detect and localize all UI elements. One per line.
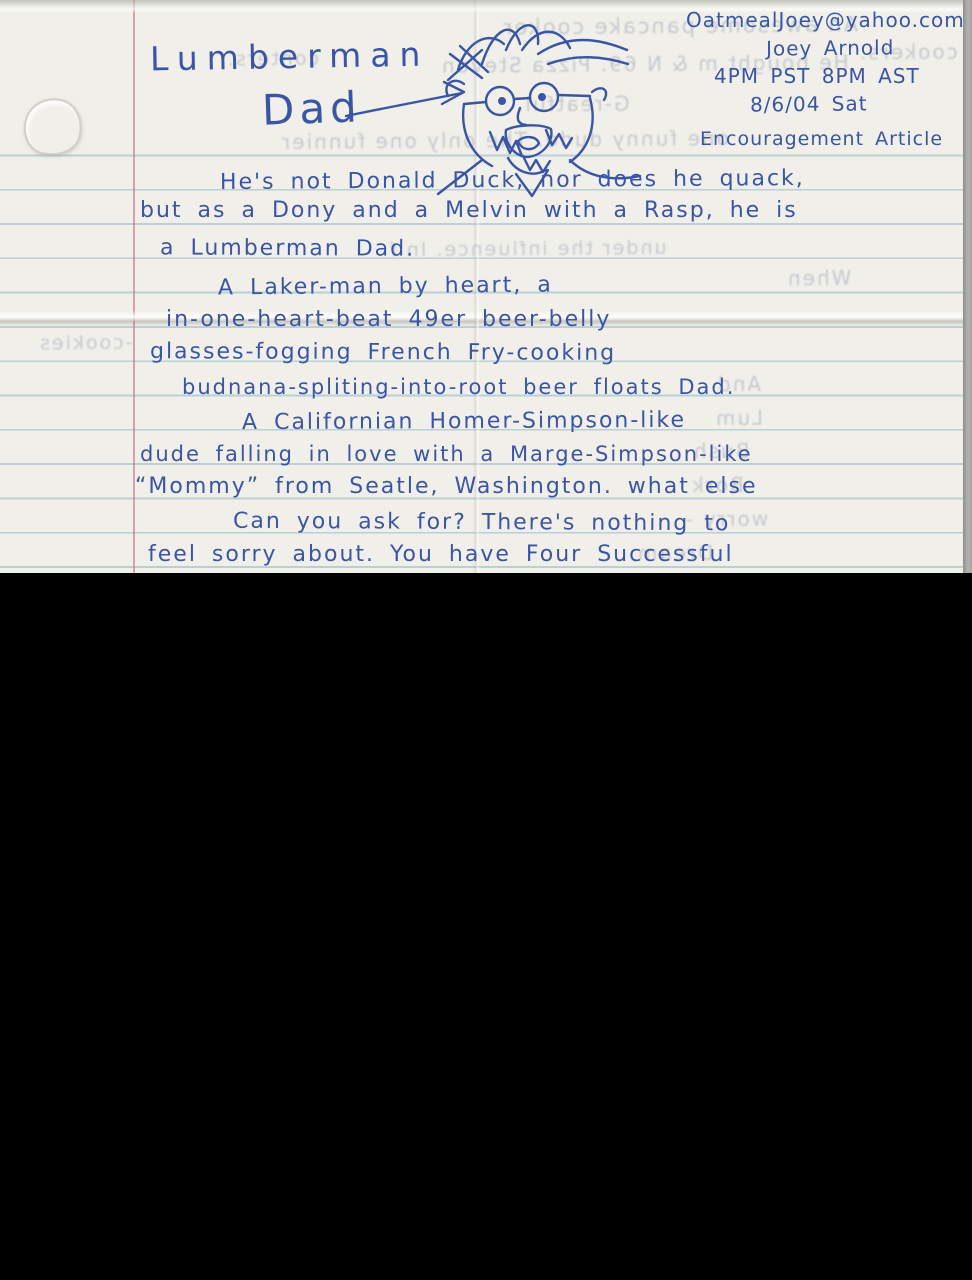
body-line: A Laker-man by heart, a xyxy=(218,275,553,300)
header-time: 4PM PST 8PM AST xyxy=(714,66,920,86)
body-line: in-one-heart-beat 49er beer-belly xyxy=(166,309,611,331)
body-line: He's not Donald Duck, nor does he quack, xyxy=(220,168,805,194)
body-line: Can you ask for? There's nothing to xyxy=(233,511,730,536)
scanned-letter-screenshot: An awesome pancake cooker. He bought m &… xyxy=(0,0,972,1280)
notebook-paper: An awesome pancake cooker. He bought m &… xyxy=(0,0,963,573)
header-email: OatmealJoey@yahoo.com xyxy=(686,10,965,30)
body-line: glasses-fogging French Fry-cooking xyxy=(150,341,616,365)
header-date: 8/6/04 Sat xyxy=(750,93,868,114)
body-line: but as a Dony and a Melvin with a Rasp, … xyxy=(140,200,798,222)
body-line: “Mommy” from Seatle, Washington. what el… xyxy=(135,476,758,498)
scanner-edge-strip xyxy=(963,0,972,573)
header-subtitle: Encouragement Article xyxy=(700,130,943,149)
bleedthrough-text: Lum xyxy=(714,408,763,428)
body-line: A Californian Homer-Simpson-like xyxy=(242,410,686,434)
body-line: a Lumberman Dad. xyxy=(160,237,415,260)
body-line: dude falling in love with a Marge-Simpso… xyxy=(140,444,753,465)
bleedthrough-text: -cookies xyxy=(38,334,133,354)
body-line: feel sorry about. You have Four Successf… xyxy=(148,544,734,566)
header-author: Joey Arnold xyxy=(766,37,895,58)
body-line: budnana-spliting-into-root beer floats D… xyxy=(182,377,735,398)
bleedthrough-text: When xyxy=(786,268,852,289)
bleedthrough-text: under the influence. In f xyxy=(388,239,667,260)
letter-title-word1: Lumberman xyxy=(150,38,430,76)
